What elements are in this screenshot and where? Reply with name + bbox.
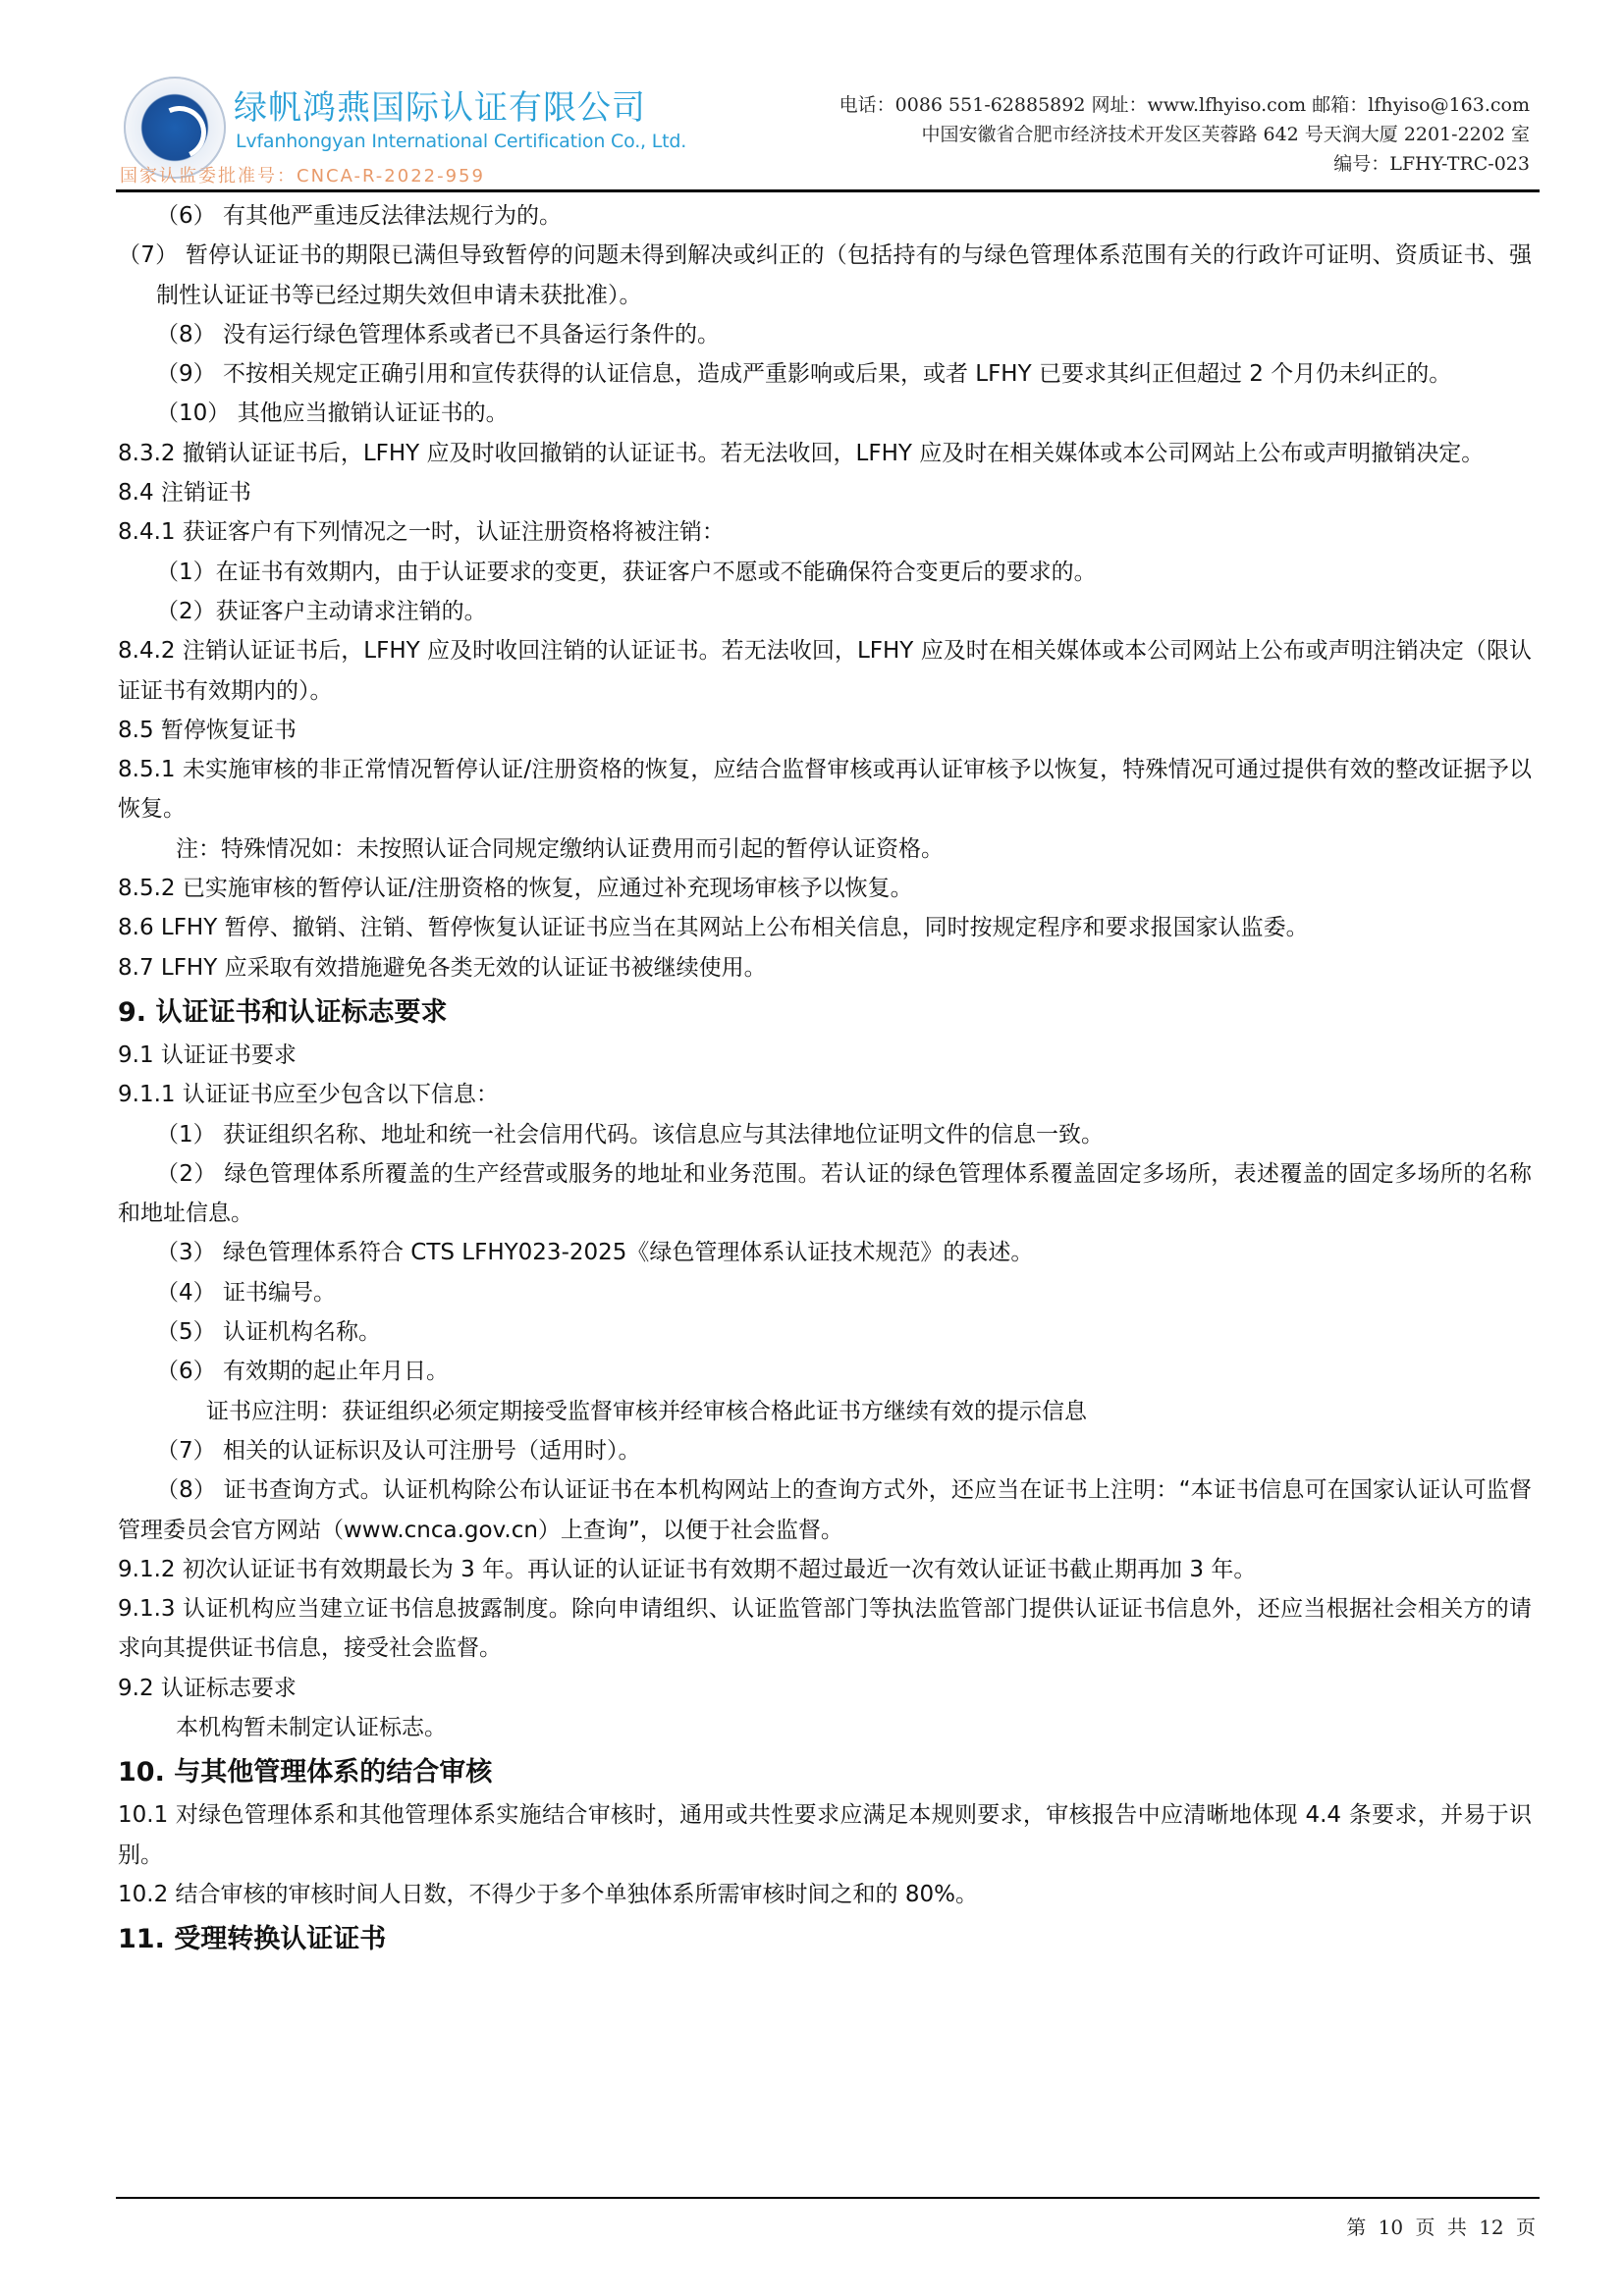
paragraph: （6） 有效期的起止年月日。 [118, 1352, 1532, 1391]
address-line: 中国安徽省合肥市经济技术开发区芙蓉路 642 号天润大厦 2201-2202 室 [839, 120, 1530, 149]
footer-divider [116, 2197, 1540, 2199]
clause-8-5-1: 8.5.1 未实施审核的非正常情况暂停认证/注册资格的恢复，应结合监督审核或再认… [118, 750, 1532, 829]
clause-9-1-3: 9.1.3 认证机构应当建立证书信息披露制度。除向申请组织、认证监管部门等执法监… [118, 1589, 1532, 1669]
paragraph: （1）在证书有效期内，由于认证要求的变更，获证客户不愿或不能确保符合变更后的要求… [118, 553, 1532, 592]
clause-8-5-2: 8.5.2 已实施审核的暂停认证/注册资格的恢复，应通过补充现场审核予以恢复。 [118, 869, 1532, 908]
section-heading-10: 10. 与其他管理体系的结合审核 [118, 1750, 1532, 1795]
page-header: 绿帆鸿燕国际认证有限公司 Lvfanhongyan International … [116, 69, 1540, 187]
paragraph: （7） 暂停认证证书的期限已满但导致暂停的问题未得到解决或纠正的（包括持有的与绿… [80, 236, 1532, 315]
paragraph: （7） 相关的认证标识及认可注册号（适用时）。 [118, 1431, 1532, 1470]
section-8-4: 8.4 注销证书 [118, 473, 1532, 512]
paragraph: （9） 不按相关规定正确引用和宣传获得的认证信息，造成严重影响或后果，或者 LF… [118, 354, 1532, 394]
clause-8-6: 8.6 LFHY 暂停、撤销、注销、暂停恢复认证证书应当在其网站上公布相关信息，… [118, 908, 1532, 947]
clause-8-3-2: 8.3.2 撤销认证证书后，LFHY 应及时收回撤销的认证证书。若无法收回，LF… [118, 434, 1532, 473]
paragraph: （5） 认证机构名称。 [118, 1312, 1532, 1352]
section-heading-11: 11. 受理转换认证证书 [118, 1917, 1532, 1962]
company-name-en: Lvfanhongyan International Certification… [236, 131, 686, 152]
clause-10-2: 10.2 结合审核的审核时间人日数，不得少于多个单独体系所需审核时间之和的 80… [118, 1875, 1532, 1914]
paragraph: （2） 绿色管理体系所覆盖的生产经营或服务的地址和业务范围。若认证的绿色管理体系… [118, 1154, 1532, 1234]
clause-8-4-1: 8.4.1 获证客户有下列情况之一时，认证注册资格将被注销： [118, 512, 1532, 552]
note: 注：特殊情况如：未按照认证合同规定缴纳认证费用而引起的暂停认证资格。 [118, 829, 1532, 869]
note: 证书应注明：获证组织必须定期接受监督审核并经审核合格此证书方继续有效的提示信息 [118, 1392, 1532, 1431]
paragraph: （8） 没有运行绿色管理体系或者已不具备运行条件的。 [118, 315, 1532, 354]
paragraph: （3） 绿色管理体系符合 CTS LFHY023-2025《绿色管理体系认证技术… [118, 1233, 1532, 1272]
contact-line: 电话：0086 551-62885892 网址：www.lfhyiso.com … [839, 90, 1530, 120]
section-heading-9: 9. 认证证书和认证标志要求 [118, 990, 1532, 1036]
section-9-2: 9.2 认证标志要求 [118, 1669, 1532, 1708]
section-9-1: 9.1 认证证书要求 [118, 1036, 1532, 1075]
document-number: 编号：LFHY-TRC-023 [839, 149, 1530, 179]
clause-8-7: 8.7 LFHY 应采取有效措施避免各类无效的认证证书被继续使用。 [118, 948, 1532, 988]
paragraph: （8） 证书查询方式。认证机构除公布认证证书在本机构网站上的查询方式外，还应当在… [118, 1470, 1532, 1550]
paragraph: （1） 获证组织名称、地址和统一社会信用代码。该信息应与其法律地位证明文件的信息… [118, 1115, 1532, 1154]
approval-number: 国家认监委批准号：CNCA-R-2022-959 [120, 162, 485, 187]
header-divider [116, 189, 1540, 192]
header-contact-block: 电话：0086 551-62885892 网址：www.lfhyiso.com … [839, 90, 1530, 179]
company-name-cn: 绿帆鸿燕国际认证有限公司 [234, 80, 646, 129]
section-8-5: 8.5 暂停恢复证书 [118, 711, 1532, 750]
paragraph: （2）获证客户主动请求注销的。 [118, 592, 1532, 631]
paragraph: 本机构暂未制定认证标志。 [118, 1708, 1532, 1747]
document-body: （6） 有其他严重违反法律法规行为的。 （7） 暂停认证证书的期限已满但导致暂停… [118, 196, 1532, 1962]
clause-9-1-1: 9.1.1 认证证书应至少包含以下信息： [118, 1075, 1532, 1114]
paragraph: （4） 证书编号。 [118, 1273, 1532, 1312]
clause-10-1: 10.1 对绿色管理体系和其他管理体系实施结合审核时，通用或共性要求应满足本规则… [118, 1795, 1532, 1875]
paragraph: （10） 其他应当撤销认证证书的。 [118, 394, 1532, 433]
clause-9-1-2: 9.1.2 初次认证证书有效期最长为 3 年。再认证的认证证书有效期不超过最近一… [118, 1550, 1532, 1589]
paragraph: （6） 有其他严重违反法律法规行为的。 [118, 196, 1532, 236]
page-number: 第 10 页 共 12 页 [1346, 2212, 1536, 2240]
clause-8-4-2: 8.4.2 注销认证证书后，LFHY 应及时收回注销的认证证书。若无法收回，LF… [118, 631, 1532, 711]
